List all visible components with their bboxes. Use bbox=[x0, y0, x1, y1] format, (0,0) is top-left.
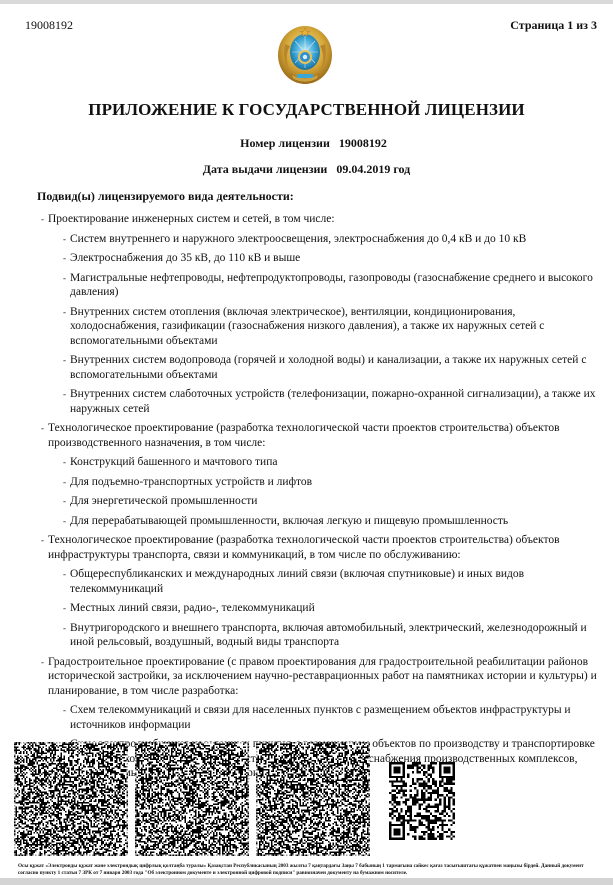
activity-subitem: -Конструкций башенного и мачтового типа bbox=[38, 455, 603, 470]
document-number: 19008192 bbox=[25, 18, 73, 33]
activity-subitem-text: Конструкций башенного и мачтового типа bbox=[70, 455, 603, 470]
activity-item: -Градостроительное проектирование (с пра… bbox=[38, 655, 603, 699]
dash-bullet-icon: - bbox=[41, 421, 44, 436]
dash-bullet-icon: - bbox=[63, 353, 66, 368]
activity-subitem-text: Схем телекоммуникаций и связи для населе… bbox=[70, 703, 603, 732]
dash-bullet-icon: - bbox=[63, 475, 66, 490]
activity-text: Технологическое проектирование (разработ… bbox=[48, 533, 603, 562]
activity-subitem: -Внутригородского и внешнего транспорта,… bbox=[38, 621, 603, 650]
license-number-value: 19008192 bbox=[339, 136, 387, 150]
activity-subitem-text: Систем внутреннего и наружного электроос… bbox=[70, 232, 603, 247]
qr-code[interactable] bbox=[389, 762, 455, 840]
activity-subitem-text: Внутригородского и внешнего транспорта, … bbox=[70, 621, 603, 650]
2d-barcode-1 bbox=[14, 742, 128, 856]
activity-subitem-text: Внутренних систем водопровода (горячей и… bbox=[70, 353, 603, 382]
activity-subitem: -Внутренних систем слаботочных устройств… bbox=[38, 387, 603, 416]
dash-bullet-icon: - bbox=[63, 514, 66, 529]
activity-subitem: -Для перерабатывающей промышленности, вк… bbox=[38, 514, 603, 529]
dash-bullet-icon: - bbox=[41, 212, 44, 227]
activity-item: -Проектирование инженерных систем и сете… bbox=[38, 212, 603, 227]
dash-bullet-icon: - bbox=[63, 387, 66, 402]
dash-bullet-icon: - bbox=[63, 567, 66, 582]
activity-subitem-text: Для энергетической промышленности bbox=[70, 494, 603, 509]
dash-bullet-icon: - bbox=[63, 703, 66, 718]
license-date-value: 09.04.2019 год bbox=[336, 162, 410, 176]
activity-subitem: -Электроснабжения до 35 кВ, до 110 кВ и … bbox=[38, 251, 603, 266]
state-emblem-icon bbox=[276, 24, 334, 86]
2d-barcode-3 bbox=[256, 742, 370, 856]
activity-subitem: -Местных линий связи, радио-, телекоммун… bbox=[38, 601, 603, 616]
activity-subitem: -Внутренних систем водопровода (горячей … bbox=[38, 353, 603, 382]
dash-bullet-icon: - bbox=[63, 232, 66, 247]
activity-text: Технологическое проектирование (разработ… bbox=[48, 421, 603, 450]
license-date-row: Дата выдачи лицензии 09.04.2019 год bbox=[0, 162, 613, 177]
dash-bullet-icon: - bbox=[41, 533, 44, 548]
dash-bullet-icon: - bbox=[63, 494, 66, 509]
dash-bullet-icon: - bbox=[63, 455, 66, 470]
page-indicator: Страница 1 из 3 bbox=[510, 18, 597, 33]
subtypes-heading: Подвид(ы) лицензируемого вида деятельнос… bbox=[37, 189, 294, 204]
license-date-label: Дата выдачи лицензии bbox=[203, 162, 328, 176]
activity-text: Градостроительное проектирование (с прав… bbox=[48, 655, 603, 699]
license-number-label: Номер лицензии bbox=[240, 136, 330, 150]
activity-subitem-text: Электроснабжения до 35 кВ, до 110 кВ и в… bbox=[70, 251, 603, 266]
activity-item: -Технологическое проектирование (разрабо… bbox=[38, 533, 603, 562]
2d-barcode-2 bbox=[135, 742, 249, 856]
activities-list: -Проектирование инженерных систем и сете… bbox=[38, 212, 603, 786]
activity-subitem-text: Внутренних систем отопления (включая эле… bbox=[70, 305, 603, 349]
dash-bullet-icon: - bbox=[63, 621, 66, 636]
activity-text: Проектирование инженерных систем и сетей… bbox=[48, 212, 603, 227]
dash-bullet-icon: - bbox=[41, 655, 44, 670]
activity-subitem: -Схем телекоммуникаций и связи для насел… bbox=[38, 703, 603, 732]
activity-subitem-text: Для перерабатывающей промышленности, вкл… bbox=[70, 514, 603, 529]
legal-footer-note: Осы құжат «Электронды құжат және электро… bbox=[18, 863, 601, 876]
activity-subitem-text: Общереспубликанских и международных лини… bbox=[70, 567, 603, 596]
activity-item: -Технологическое проектирование (разрабо… bbox=[38, 421, 603, 450]
document-title: ПРИЛОЖЕНИЕ К ГОСУДАРСТВЕННОЙ ЛИЦЕНЗИИ bbox=[0, 100, 613, 120]
dash-bullet-icon: - bbox=[63, 601, 66, 616]
license-number-row: Номер лицензии 19008192 bbox=[0, 136, 613, 151]
activity-subitem: -Магистральные нефтепроводы, нефтепродук… bbox=[38, 271, 603, 300]
activity-subitem-text: Внутренних систем слаботочных устройств … bbox=[70, 387, 603, 416]
document-page: 19008192 Страница 1 из 3 bbox=[0, 4, 613, 878]
dash-bullet-icon: - bbox=[63, 271, 66, 286]
activity-subitem: -Для подъемно-транспортных устройств и л… bbox=[38, 475, 603, 490]
activity-subitem-text: Для подъемно-транспортных устройств и ли… bbox=[70, 475, 603, 490]
dash-bullet-icon: - bbox=[63, 305, 66, 320]
activity-subitem-text: Магистральные нефтепроводы, нефтепродукт… bbox=[70, 271, 603, 300]
activity-subitem: -Систем внутреннего и наружного электроо… bbox=[38, 232, 603, 247]
viewer-bottom-bar bbox=[0, 878, 613, 885]
activity-subitem: -Внутренних систем отопления (включая эл… bbox=[38, 305, 603, 349]
dash-bullet-icon: - bbox=[63, 251, 66, 266]
activity-subitem-text: Местных линий связи, радио-, телекоммуни… bbox=[70, 601, 603, 616]
activity-subitem: -Общереспубликанских и международных лин… bbox=[38, 567, 603, 596]
activity-subitem: -Для энергетической промышленности bbox=[38, 494, 603, 509]
verification-codes bbox=[14, 742, 613, 857]
